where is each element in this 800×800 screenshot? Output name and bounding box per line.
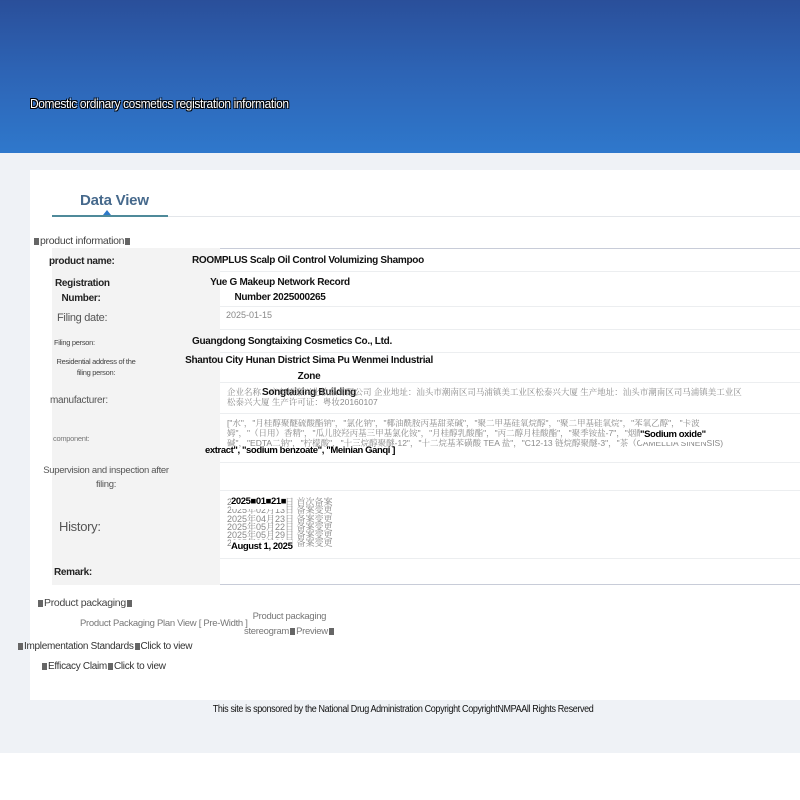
footer-copyright: This site is sponsored by the National D… [43,704,763,715]
efficacy-claim-row: Efficacy ClaimClick to view [41,661,166,672]
component-overlay-tail: extract", "sodium benzoate", "Meinian Ga… [205,444,395,458]
tab-active-indicator [52,215,168,217]
row-divider [220,490,800,491]
bracket-glyph-icon [34,238,39,245]
row-divider [220,462,800,463]
section-product-packaging: Product packaging [37,597,133,609]
row-divider [220,329,800,330]
manufacturer-label: manufacturer: [50,393,108,408]
bracket-glyph-icon [125,238,130,245]
row-divider [220,271,800,272]
row-divider [220,558,800,559]
efficacy-claim-view-link[interactable]: Click to view [114,661,166,672]
history-overlay-last: August 1, 2025 [231,540,292,554]
product-name-value: ROOMPLUS Scalp Oil Control Volumizing Sh… [192,253,424,268]
bracket-glyph-icon [18,643,23,650]
page-title: Domestic ordinary cosmetics registration… [30,96,289,111]
component-label: component: [53,433,89,444]
residential-address-label: Residential address of the filing person… [54,356,138,379]
bracket-glyph-icon [38,600,43,607]
packaging-stereogram: Product packaging stereogramPreview [244,609,335,639]
bracket-glyph-icon [135,643,140,650]
remark-label: Remark: [54,565,92,580]
bracket-glyph-icon [127,600,132,607]
row-divider [220,306,800,307]
packaging-preview-link[interactable]: Preview [296,626,328,637]
header-banner: Domestic ordinary cosmetics registration… [0,0,800,153]
manufacturer-value: 企业名称：广东松泰兴化妆品有限公司 企业地址：汕头市潮南区司马浦镇美工业区松泰兴… [227,388,797,408]
filing-date-label: Filing date: [57,310,107,327]
section-product-information: product information [33,235,131,247]
filing-person-label: Filing person: [54,337,95,348]
history-label: History: [59,517,101,537]
packaging-plan-view-link[interactable]: Product Packaging Plan View [ Pre-Width … [80,618,248,629]
filing-person-value: Guangdong Songtaixing Cosmetics Co., Ltd… [192,334,392,349]
registration-number-value: Yue G Makeup Network Record Number 20250… [210,275,350,305]
implementation-standards-row: Implementation StandardsClick to view [17,641,192,652]
bracket-glyph-icon [42,663,47,670]
implementation-standards-view-link[interactable]: Click to view [141,641,193,652]
filing-date-value: 2025-01-15 [226,309,272,323]
bracket-glyph-icon [290,628,295,635]
bracket-glyph-icon [329,628,334,635]
row-divider [220,413,800,414]
caret-up-icon [103,210,111,215]
registration-number-label: Registration Number: [55,276,107,306]
supervision-label: Supervision and inspection after filing: [40,464,172,493]
history-overlay-first: 2025■01■21■ [231,495,286,509]
product-name-label: product name: [49,254,115,269]
tab-data-view[interactable]: Data View [80,192,149,209]
bracket-glyph-icon [108,663,113,670]
component-overlay-sodium-oxide: "Sodium oxide" [640,428,706,442]
